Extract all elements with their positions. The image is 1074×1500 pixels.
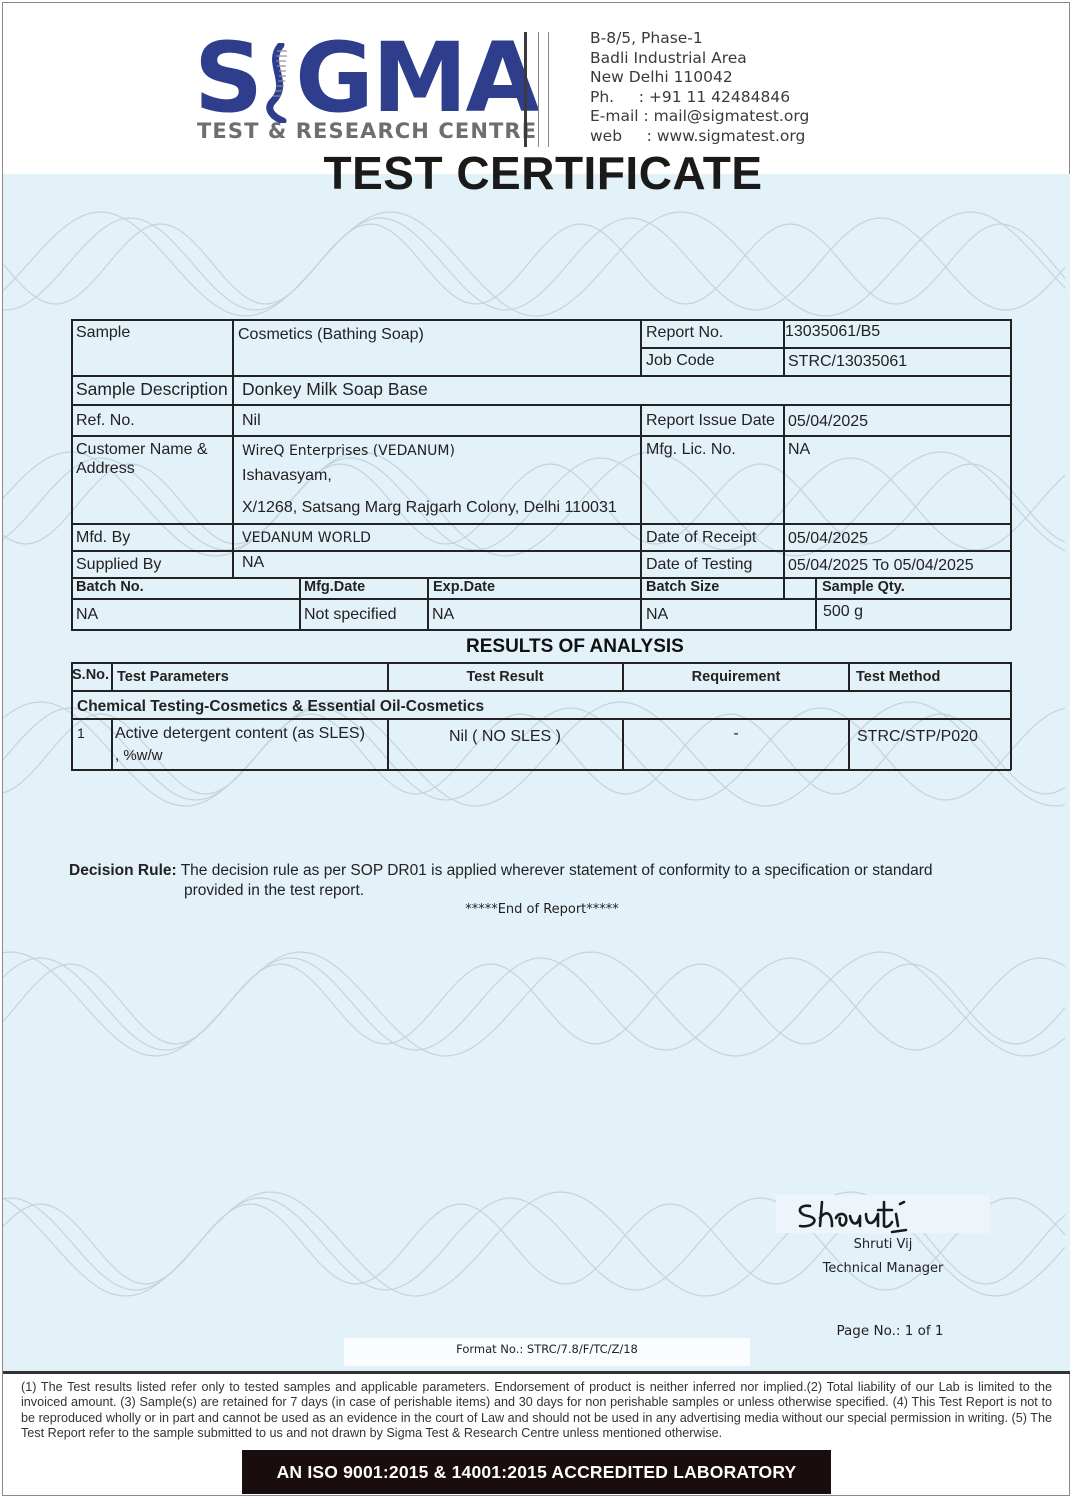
customer-name: WireQ Enterprises (VEDANUM) xyxy=(238,439,459,464)
report-no-label: Report No. xyxy=(642,320,727,345)
col-header-test-method: Test Method xyxy=(852,665,944,690)
date-of-testing-value: 05/04/2025 To 05/04/2025 xyxy=(784,553,978,578)
customer-label: Customer Name & Address xyxy=(72,437,222,481)
address-line: B-8/5, Phase-1 xyxy=(590,29,809,49)
col-header-test-result: Test Result xyxy=(387,665,623,690)
batch-size-label: Batch Size xyxy=(642,577,723,600)
sample-value: Cosmetics (Bathing Soap) xyxy=(234,322,428,347)
row-sno: 1 xyxy=(73,721,89,746)
signatory-name: Shruti Vij xyxy=(776,1237,990,1252)
divider xyxy=(548,32,549,147)
address-block: B-8/5, Phase-1 Badli Industrial Area New… xyxy=(590,29,809,147)
divider xyxy=(538,32,539,147)
ref-no-value: Nil xyxy=(238,408,265,433)
certificate-title: TEST CERTIFICATE xyxy=(0,146,1074,200)
supplied-by-label: Supplied By xyxy=(72,552,165,577)
job-code-label: Job Code xyxy=(642,348,719,373)
col-header-sno: S.No. xyxy=(71,664,110,687)
date-of-receipt-label: Date of Receipt xyxy=(642,525,760,550)
sample-info-table: Sample Cosmetics (Bathing Soap) Report N… xyxy=(71,319,1011,630)
sample-label: Sample xyxy=(72,320,134,345)
customer-address-line1: Ishavasyam, xyxy=(238,463,336,488)
divider xyxy=(524,32,527,147)
job-code-value: STRC/13035061 xyxy=(784,349,911,374)
batch-no-label: Batch No. xyxy=(72,577,148,600)
phone-line: Ph. : +91 11 42484846 xyxy=(590,88,809,108)
row-parameter-unit: , %w/w xyxy=(111,743,167,768)
sample-description-label: Sample Description xyxy=(72,377,232,402)
accreditation-banner: AN ISO 9001:2015 & 14001:2015 ACCREDITED… xyxy=(242,1450,831,1494)
exp-date-label: Exp.Date xyxy=(429,577,499,600)
format-number: Format No.: STRC/7.8/F/TC/Z/18 xyxy=(344,1338,750,1366)
group-heading: Chemical Testing-Cosmetics & Essential O… xyxy=(73,694,488,719)
mfg-date-label: Mfg.Date xyxy=(300,577,369,600)
row-requirement: - xyxy=(622,721,850,746)
col-header-test-parameters: Test Parameters xyxy=(113,665,233,690)
col-header-requirement: Requirement xyxy=(622,665,850,690)
mfd-by-value: VEDANUM WORLD xyxy=(238,526,375,551)
signature-icon xyxy=(792,1196,992,1236)
signatory-role: Technical Manager xyxy=(776,1261,990,1276)
sample-qty-value: 500 g xyxy=(819,599,867,624)
sample-qty-label: Sample Qty. xyxy=(818,577,909,600)
decision-rule-text: The decision rule as per SOP DR01 is app… xyxy=(181,862,933,879)
exp-date-value: NA xyxy=(428,602,458,627)
sample-description-value: Donkey Milk Soap Base xyxy=(238,377,432,402)
row-result: Nil ( NO SLES ) xyxy=(387,724,623,749)
supplied-by-value: NA xyxy=(238,550,268,575)
web-line: web : www.sigmatest.org xyxy=(590,127,809,147)
mfg-date-value: Not specified xyxy=(300,602,401,627)
dna-helix-icon xyxy=(261,42,295,122)
report-issue-date-label: Report Issue Date xyxy=(642,408,779,433)
mfg-lic-value: NA xyxy=(784,437,814,462)
logo-letter-s: S xyxy=(194,22,261,134)
email-line: E-mail : mail@sigmatest.org xyxy=(590,107,809,127)
logo-letters-gma: GMA xyxy=(295,22,538,134)
logo-subtitle: TEST & RESEARCH CENTRE xyxy=(197,119,537,143)
customer-address-line2: X/1268, Satsang Marg Rajgarh Colony, Del… xyxy=(238,495,621,520)
footer-divider xyxy=(3,1371,1070,1374)
results-table: S.No. Test Parameters Test Result Requir… xyxy=(71,662,1011,770)
mfd-by-label: Mfd. By xyxy=(72,525,134,550)
date-of-receipt-value: 05/04/2025 xyxy=(784,526,872,551)
page-number: Page No.: 1 of 1 xyxy=(800,1323,980,1339)
sigma-logo: SGMA xyxy=(194,30,538,126)
batch-size-value: NA xyxy=(642,602,672,627)
address-line: Badli Industrial Area xyxy=(590,49,809,69)
decision-rule: Decision Rule: The decision rule as per … xyxy=(69,861,989,901)
report-no-value: 13035061/B5 xyxy=(781,319,884,344)
date-of-testing-label: Date of Testing xyxy=(642,552,756,577)
footer-disclaimer: (1) The Test results listed refer only t… xyxy=(21,1380,1052,1442)
address-line: New Delhi 110042 xyxy=(590,68,809,88)
report-issue-date-value: 05/04/2025 xyxy=(784,409,872,434)
results-title: RESULTS OF ANALYSIS xyxy=(466,636,684,658)
row-method: STRC/STP/P020 xyxy=(853,724,982,749)
batch-no-value: NA xyxy=(72,602,102,627)
end-of-report: *****End of Report***** xyxy=(0,902,1074,917)
decision-rule-text-cont: provided in the test report. xyxy=(69,881,989,901)
ref-no-label: Ref. No. xyxy=(72,408,139,433)
mfg-lic-label: Mfg. Lic. No. xyxy=(642,437,740,462)
decision-rule-label: Decision Rule: xyxy=(69,862,177,879)
